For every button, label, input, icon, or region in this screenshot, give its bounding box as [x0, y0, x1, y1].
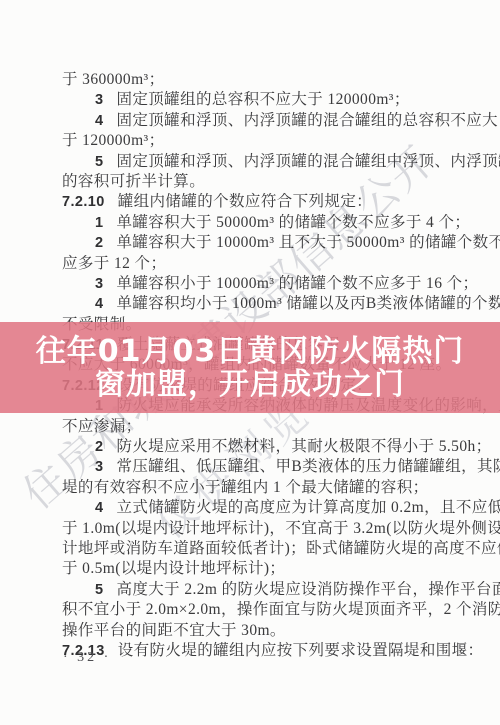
document-line: 5固定顶罐和浮顶、内浮顶罐的混合罐组中浮顶、内浮顶罐	[62, 152, 454, 172]
line-text: 固定顶罐组的总容积不应大于 120000m³；	[116, 91, 409, 108]
line-text: 堤的有效容积不应小于罐组内 1 个最大储罐的容积；	[62, 479, 429, 496]
page-number: · 32 ·	[63, 650, 111, 666]
document-line: 2单罐容积大于 10000m³ 且不大于 50000m³ 的储罐个数不	[62, 233, 454, 253]
document-line: 不应渗漏；	[62, 417, 454, 437]
document-line: 4固定顶罐和浮顶、内浮顶罐的混合罐组的总容积不应大	[62, 111, 454, 131]
line-text: 应多于 12 个；	[62, 255, 166, 272]
document-line: 4单罐容积均小于 1000m³ 储罐以及丙B类液体储罐的个数	[62, 294, 454, 314]
clause-number: 4	[95, 296, 103, 312]
clause-number: 4	[95, 113, 103, 129]
line-text: 固定顶罐和浮顶、内浮顶罐的混合罐组中浮顶、内浮顶罐	[116, 153, 500, 170]
document-line: 3单罐容积小于 10000m³ 的储罐个数不应多于 16 个；	[62, 274, 454, 294]
scanned-document-page: 住房和城乡建设部信息公开 仅供浏览 于 360000m³； 3固定顶罐组的总容积…	[0, 0, 500, 725]
promo-banner-line1: 往年01月03日黄冈防火隔热门	[36, 335, 465, 368]
clause-number: 3	[95, 276, 103, 292]
document-line: 3固定顶罐组的总容积不应大于 120000m³；	[62, 90, 454, 110]
line-text: 防火堤应采用不燃材料，其耐火极限不得小于 5.50h；	[116, 438, 491, 455]
document-line: 5高度大于 2.2m 的防火堤应设消防操作平台，操作平台面	[62, 580, 454, 600]
clause-number: 3	[95, 459, 103, 475]
document-line: 7.2.13设有防火堤的罐组内应按下列要求设置隔堤和围堰：	[62, 641, 454, 661]
line-text: 单罐容积大于 50000m³ 的储罐个数不应多于 4 个；	[116, 214, 470, 231]
line-text: 高度大于 2.2m 的防火堤应设消防操作平台，操作平台面	[116, 581, 500, 598]
document-line: 1单罐容积大于 50000m³ 的储罐个数不应多于 4 个；	[62, 213, 454, 233]
document-line: 积不宜小于 2.0m×2.0m，操作面宜与防火堤顶面齐平，2 个消防	[62, 600, 454, 620]
document-line: 应多于 12 个；	[62, 254, 454, 274]
document-line: 于 360000m³；	[62, 70, 454, 90]
document-line: 2防火堤应采用不燃材料，其耐火极限不得小于 5.50h；	[62, 437, 454, 457]
document-line: 操作平台的间距不宜大于 30m。	[62, 621, 454, 641]
line-text: 设有防火堤的罐组内应按下列要求设置隔堤和围堰：	[118, 642, 484, 659]
promo-banner-overlay[interactable]: 往年01月03日黄冈防火隔热门 窗加盟，开启成功之门	[0, 322, 500, 413]
clause-number: 5	[95, 154, 103, 170]
line-text: 的容积可折半计算。	[62, 173, 205, 190]
document-line: 4立式储罐防火堤的高度应为计算高度加 0.2m，且不应低	[62, 498, 454, 518]
line-text: 计地坪或消防车道路面较低者计)；卧式储罐防火堤的高度不应低	[62, 540, 500, 557]
document-line: 计地坪或消防车道路面较低者计)；卧式储罐防火堤的高度不应低	[62, 539, 454, 559]
line-text: 单罐容积均小于 1000m³ 储罐以及丙B类液体储罐的个数	[116, 295, 500, 312]
promo-banner-line2: 窗加盟，开启成功之门	[95, 368, 405, 401]
line-text: 常压罐组、低压罐组、甲B类液体的压力储罐罐组，其防火	[116, 458, 500, 475]
document-line: 于 0.5m(以堤内设计地坪标计)；	[62, 559, 454, 579]
clause-number: 3	[95, 92, 103, 108]
line-text: 于 360000m³；	[62, 71, 164, 88]
document-line: 于 1.0m(以堤内设计地坪标计)，不宜高于 3.2m(以防火堤外侧设	[62, 519, 454, 539]
clause-number: 2	[95, 235, 103, 251]
line-text: 立式储罐防火堤的高度应为计算高度加 0.2m，且不应低	[116, 499, 500, 516]
line-text: 单罐容积小于 10000m³ 的储罐个数不应多于 16 个；	[116, 275, 478, 292]
clause-number: 7.2.10	[62, 194, 105, 210]
document-line: 堤的有效容积不应小于罐组内 1 个最大储罐的容积；	[62, 478, 454, 498]
document-line: 7.2.10罐组内储罐的个数应符合下列规定：	[62, 192, 454, 212]
clause-number: 4	[95, 500, 103, 516]
line-text: 罐组内储罐的个数应符合下列规定：	[118, 193, 372, 210]
line-text: 单罐容积大于 10000m³ 且不大于 50000m³ 的储罐个数不	[116, 234, 500, 251]
document-line: 3常压罐组、低压罐组、甲B类液体的压力储罐罐组，其防火	[62, 457, 454, 477]
line-text: 操作平台的间距不宜大于 30m。	[62, 622, 286, 639]
line-text: 不应渗漏；	[62, 418, 142, 435]
line-text: 固定顶罐和浮顶、内浮顶罐的混合罐组的总容积不应大	[116, 112, 498, 129]
clause-number: 2	[95, 439, 103, 455]
document-line: 于 120000m³；	[62, 131, 454, 151]
line-text: 于 0.5m(以堤内设计地坪标计)；	[62, 560, 285, 577]
document-line: 的容积可折半计算。	[62, 172, 454, 192]
clause-number: 1	[95, 215, 103, 231]
clause-number: 5	[95, 582, 103, 598]
line-text: 于 1.0m(以堤内设计地坪标计)，不宜高于 3.2m(以防火堤外侧设	[62, 520, 500, 537]
line-text: 积不宜小于 2.0m×2.0m，操作面宜与防火堤顶面齐平，2 个消防	[62, 601, 500, 618]
line-text: 于 120000m³；	[62, 132, 164, 149]
